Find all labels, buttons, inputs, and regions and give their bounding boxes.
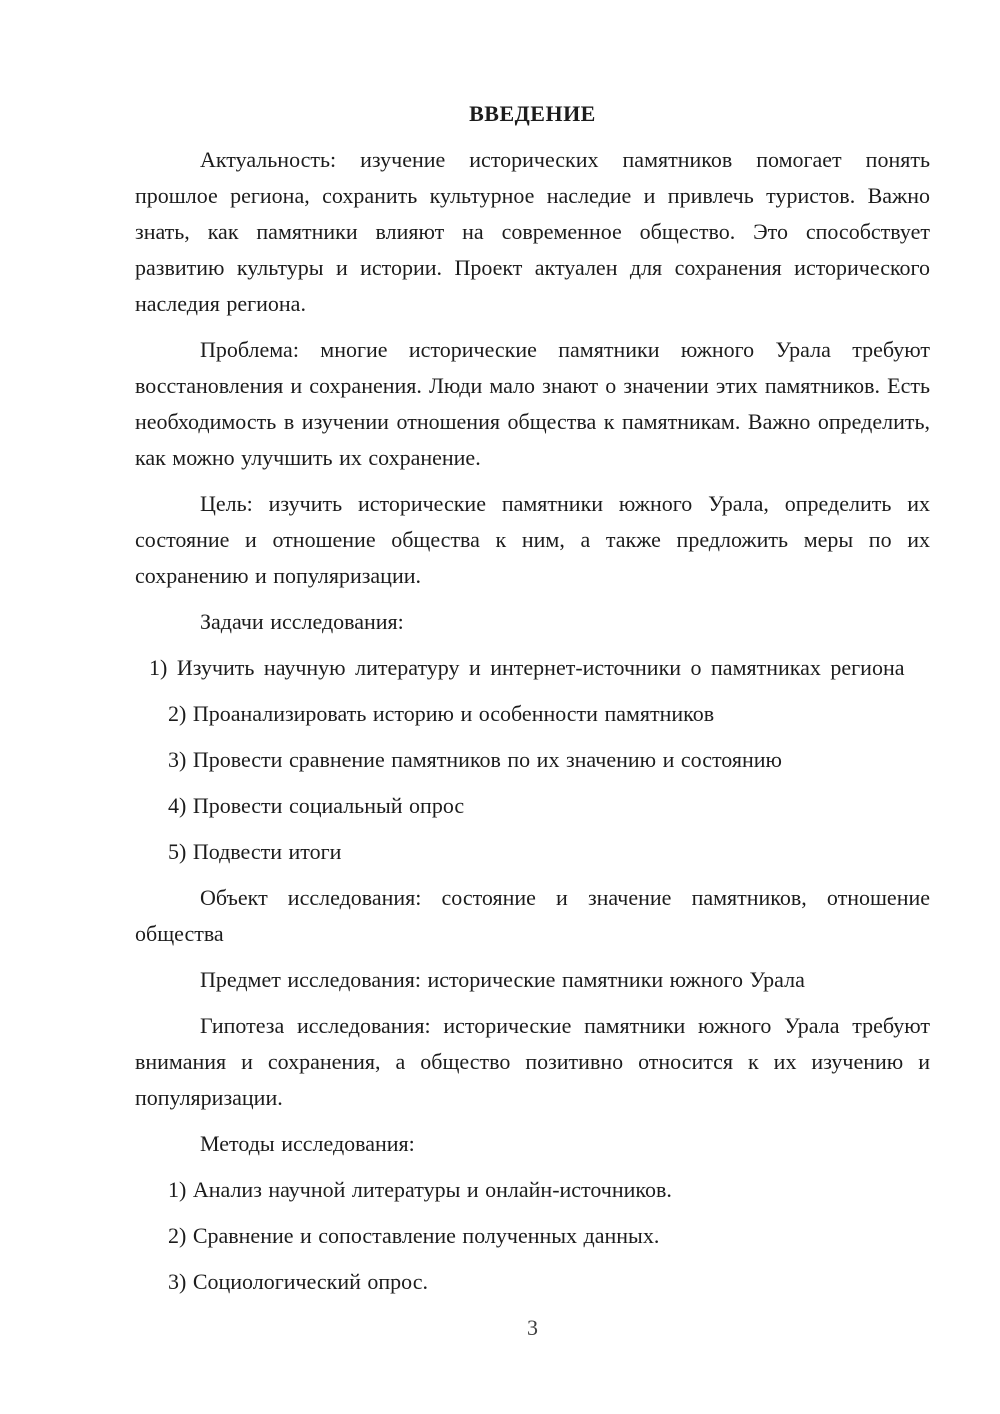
task-item-4: 4) Провести социальный опрос [135, 788, 930, 824]
paragraph-object: Объект исследования: состояние и значени… [135, 880, 930, 952]
method-item-2: 2) Сравнение и сопоставление полученных … [135, 1218, 930, 1254]
label-tasks: Задачи исследования: [135, 604, 930, 640]
paragraph-subject: Предмет исследования: исторические памят… [135, 962, 930, 998]
label-methods: Методы исследования: [135, 1126, 930, 1162]
paragraph-relevance: Актуальность: изучение исторических памя… [135, 142, 930, 322]
task-item-3: 3) Провести сравнение памятников по их з… [135, 742, 930, 778]
paragraph-goal: Цель: изучить исторические памятники южн… [135, 486, 930, 594]
page-title: ВВЕДЕНИЕ [135, 96, 930, 132]
method-item-1: 1) Анализ научной литературы и онлайн-ис… [135, 1172, 930, 1208]
method-item-3: 3) Социологический опрос. [135, 1264, 930, 1300]
paragraph-problem: Проблема: многие исторические памятники … [135, 332, 930, 476]
task-item-5: 5) Подвести итоги [135, 834, 930, 870]
task-item-1: 1) Изучить научную литературу и интернет… [135, 650, 930, 686]
task-item-2: 2) Проанализировать историю и особенност… [135, 696, 930, 732]
page-number: 3 [135, 1310, 930, 1346]
paragraph-hypothesis: Гипотеза исследования: исторические памя… [135, 1008, 930, 1116]
document-page: ВВЕДЕНИЕ Актуальность: изучение историче… [0, 0, 1000, 1414]
